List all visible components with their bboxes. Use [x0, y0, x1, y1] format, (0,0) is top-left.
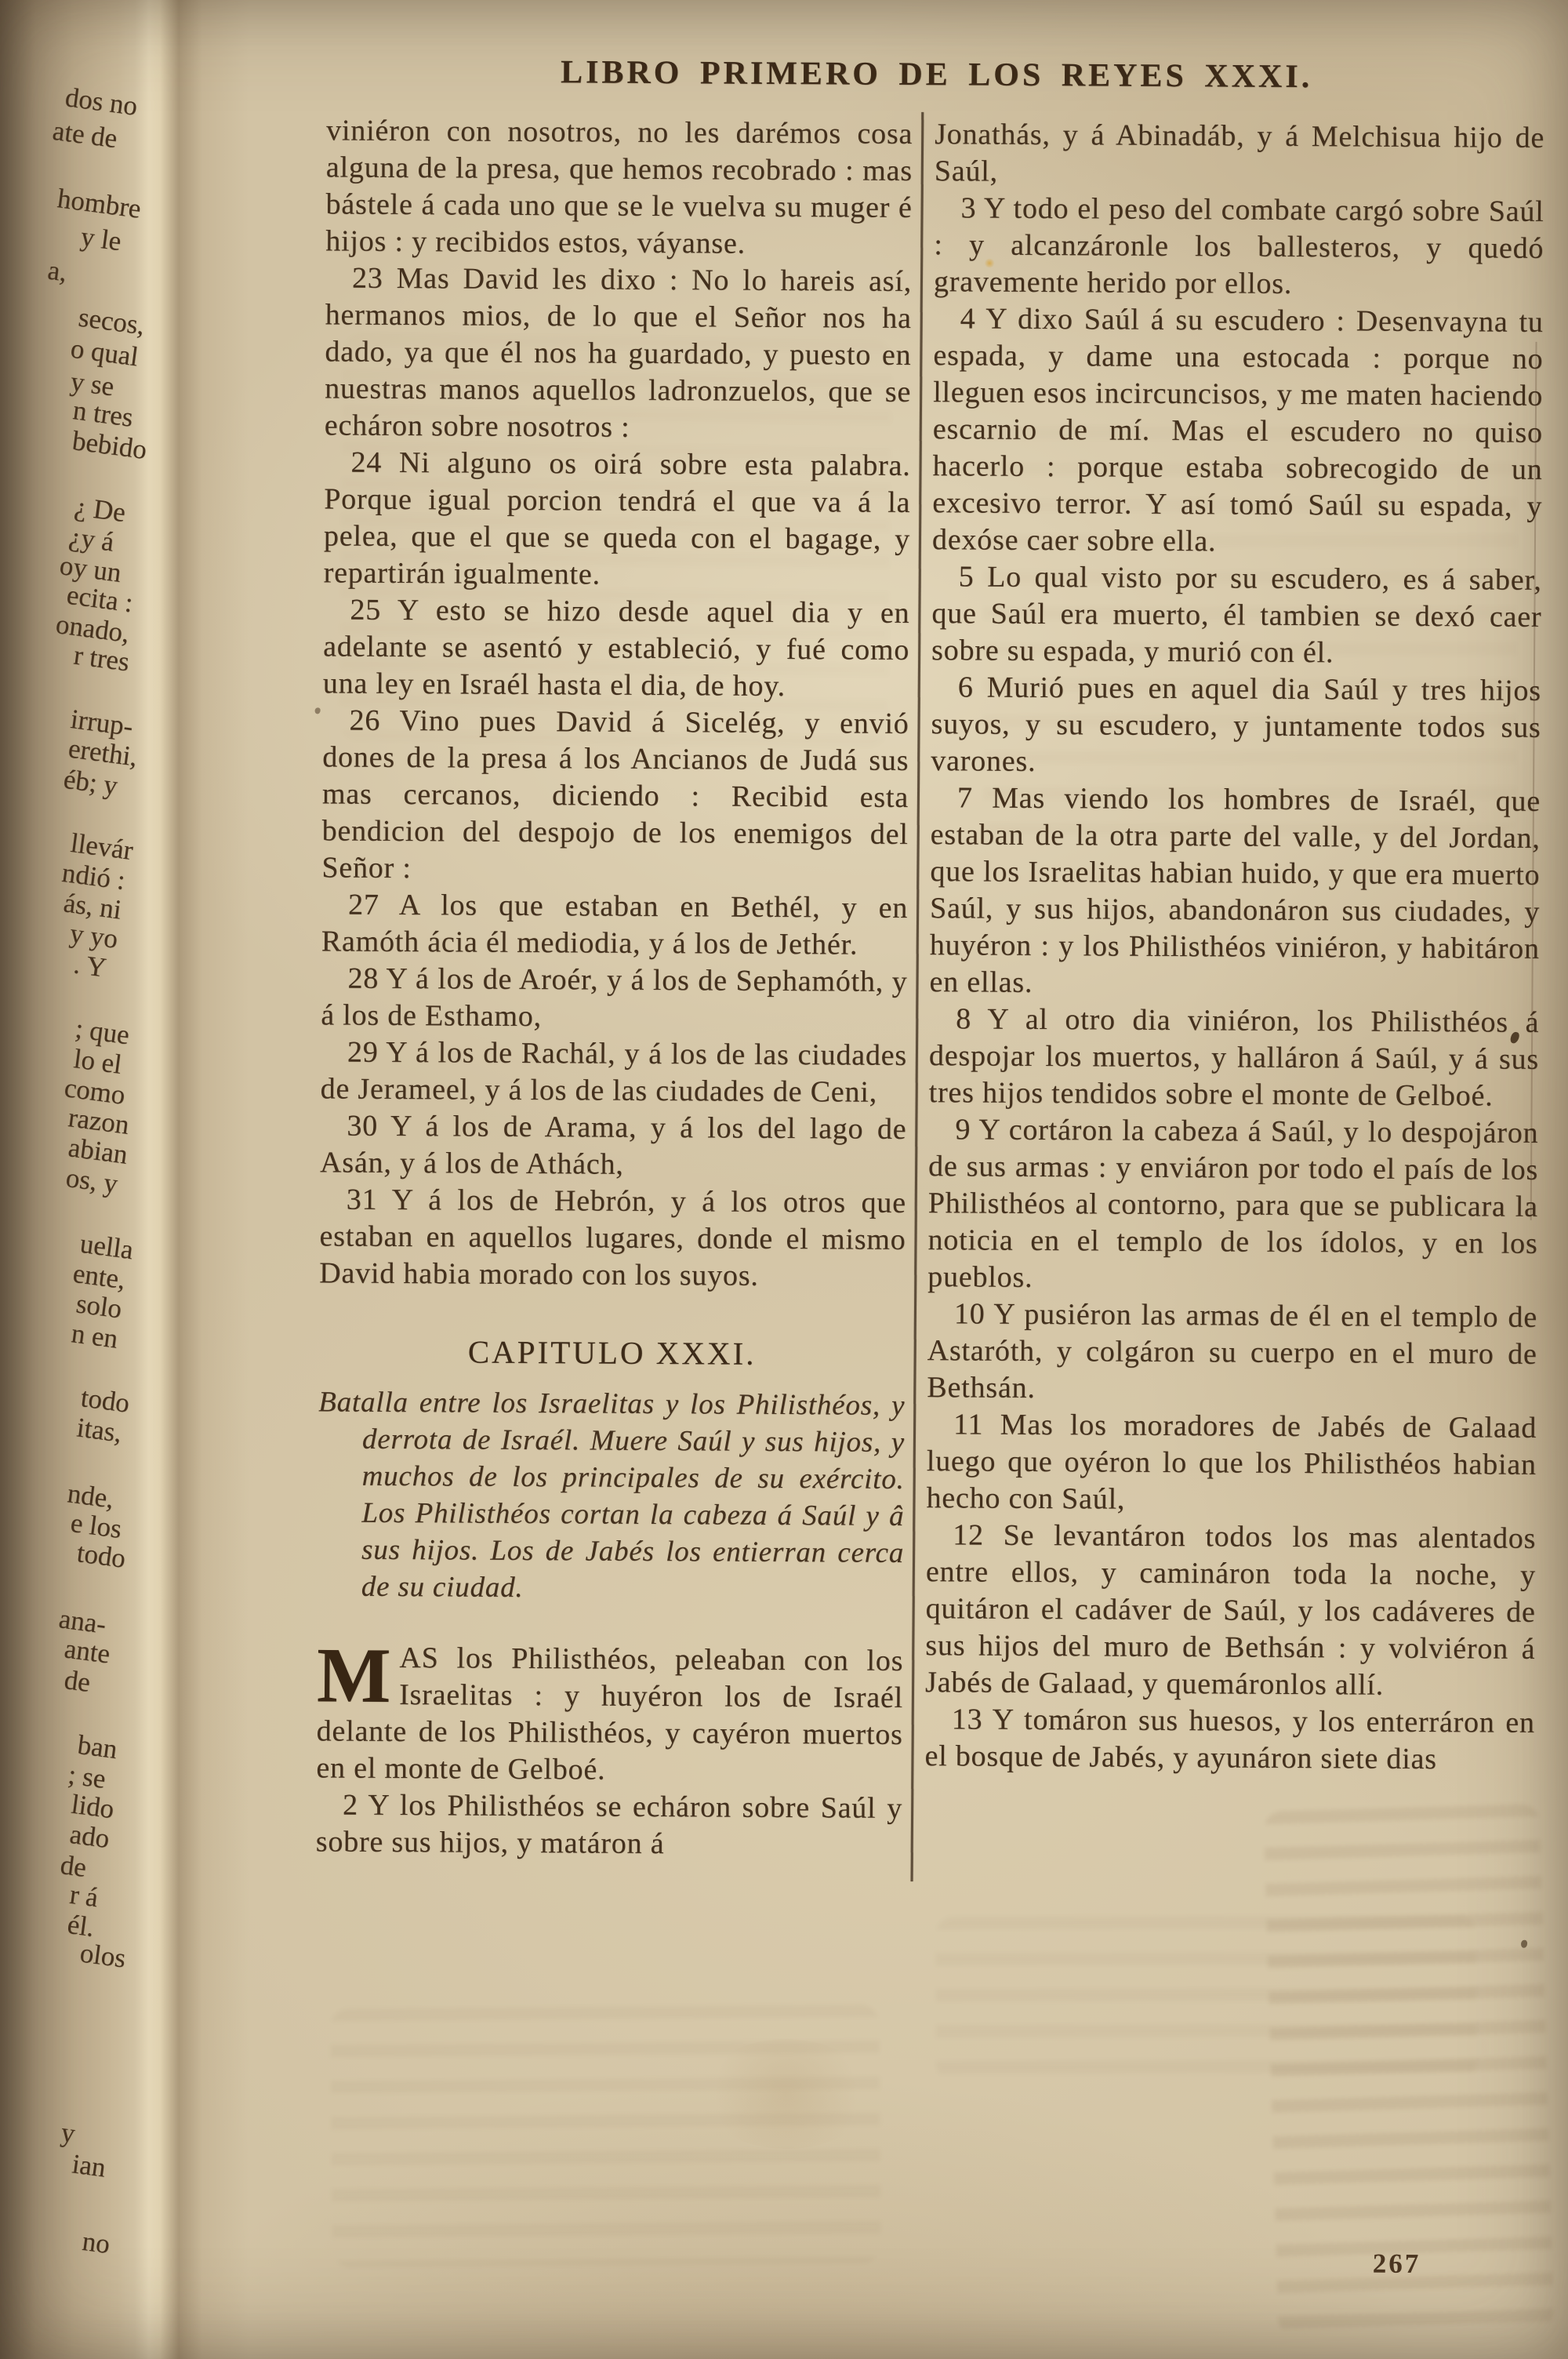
- edge-text-fragment: n en: [69, 1318, 119, 1354]
- verse-paragraph: 13 Y tomáron sus huesos, y los enterráro…: [924, 1701, 1535, 1779]
- edge-text-fragment: itas,: [74, 1412, 123, 1448]
- continuation-paragraph: viniéron con nosotros, no les darémos co…: [325, 112, 913, 264]
- show-through-text: [330, 2005, 881, 2267]
- page-number: 267: [1326, 2248, 1467, 2280]
- edge-text-fragment: y le: [79, 221, 123, 257]
- verse-paragraph: 4 Y dixo Saúl á su escudero : Desenvayna…: [932, 300, 1544, 562]
- verse-paragraph: MAS los Philisthéos, peleaban con los Is…: [316, 1639, 903, 1790]
- edge-text-fragment: . Y: [71, 948, 107, 983]
- verse-paragraph: 27 A los que estaban en Bethél, y en Ram…: [321, 886, 909, 964]
- ink-speck: [1521, 1940, 1527, 1948]
- left-column: viniéron con nosotros, no les darémos co…: [316, 112, 913, 1864]
- edge-text-fragment: ado: [68, 1819, 111, 1855]
- edge-text-fragment: a,: [45, 255, 68, 289]
- verse-paragraph: 7 Mas viendo los hombres de Israél, que …: [929, 780, 1541, 1005]
- verse-paragraph: 2 Y los Philisthéos se echáron sobre Saú…: [316, 1787, 903, 1864]
- running-header: LIBRO PRIMERO DE LOS REYES XXXI.: [326, 52, 1546, 97]
- show-through-text: [935, 1915, 1477, 2081]
- edge-text-fragment: ian: [71, 2148, 108, 2183]
- edge-text-fragment: hombre: [56, 183, 143, 225]
- verse-paragraph: 3 Y todo el peso del combate cargó sobre…: [934, 190, 1544, 304]
- verse-paragraph: 9 Y cortáron la cabeza á Saúl, y lo desp…: [927, 1111, 1538, 1299]
- verse-paragraph: 31 Y á los de Hebrón, y á los otros que …: [319, 1181, 906, 1296]
- edge-text-fragment: éb; y: [62, 764, 120, 802]
- edge-text-fragment: olos: [78, 1937, 127, 1974]
- edge-text-fragment: y: [59, 2117, 77, 2150]
- right-column: Jonathás, y á Abinadáb, y á Melchisua hi…: [924, 116, 1544, 1779]
- verse-paragraph: 26 Vino pues David á Sicelég, y envió do…: [321, 702, 909, 890]
- chapter-heading: CAPITULO XXXI.: [319, 1332, 906, 1373]
- verse-paragraph: 23 Mas David les dixo : No lo hareis así…: [325, 260, 912, 448]
- verse-paragraph: 24 Ni alguno os oirá sobre esta palabra.…: [324, 444, 911, 595]
- verse-paragraph: 29 Y á los de Rachál, y á los de las ciu…: [321, 1034, 908, 1111]
- continuation-paragraph: Jonathás, y á Abinadáb, y á Melchisua hi…: [935, 116, 1545, 194]
- facing-page-fragments: dos noate dehombrey lea,secos,o qualy se…: [0, 0, 161, 2359]
- column-divider-rule: [911, 112, 924, 1881]
- paper-stain: [699, 2038, 873, 2149]
- verse-paragraph: 30 Y á los de Arama, y á los del lago de…: [320, 1107, 907, 1185]
- edge-text-fragment: r tres: [72, 640, 132, 678]
- ink-speck: [315, 707, 321, 714]
- edge-text-fragment: os, y: [64, 1162, 120, 1200]
- verse-paragraph: 10 Y pusiéron las armas de él en el temp…: [927, 1296, 1537, 1410]
- edge-text-fragment: bebido: [71, 425, 149, 466]
- edge-text-fragment: ate de: [51, 115, 119, 154]
- edge-text-fragment: dos no: [63, 82, 139, 122]
- edge-text-fragment: todo: [74, 1537, 127, 1575]
- verse-paragraph: 28 Y á los de Aroér, y á los de Sephamót…: [321, 960, 908, 1038]
- book-page-photo: LIBRO PRIMERO DE LOS REYES XXXI. viniéro…: [0, 0, 1568, 2359]
- edge-text-fragment: de: [62, 1664, 92, 1699]
- chapter-summary: Batalla entre los Israelitas y los Phili…: [318, 1383, 906, 1608]
- verse-paragraph: 6 Murió pues en aquel dia Saúl y tres hi…: [931, 669, 1541, 783]
- verse-paragraph: 11 Mas los moradores de Jabés de Galaad …: [926, 1406, 1537, 1521]
- edge-text-fragment: no: [81, 2226, 112, 2260]
- verse-paragraph: 5 Lo qual visto por su escudero, es á sa…: [931, 558, 1542, 673]
- drop-cap-initial: M: [317, 1642, 392, 1709]
- verse-paragraph: 8 Y al otro dia viniéron, los Philisthéo…: [929, 1001, 1540, 1115]
- verse-paragraph: 25 Y esto se hizo desde aquel dia y en a…: [323, 591, 910, 706]
- verse-paragraph: 12 Se levantáron todos los mas alentados…: [925, 1517, 1536, 1705]
